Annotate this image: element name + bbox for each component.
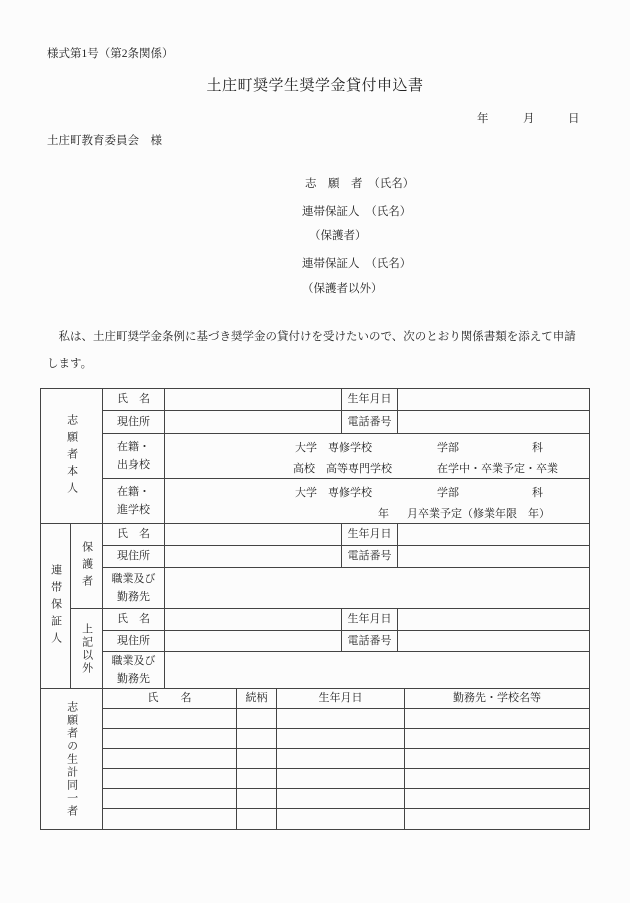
household-row-relation-cell: [237, 789, 277, 809]
next-school-label: 在籍・ 進学校: [103, 479, 165, 524]
parent-name-label: 氏 名: [103, 524, 165, 546]
application-statement: 私は、土庄町奨学金条例に基づき奨学金の貸付けを受けたいので、次のとおり関係書類を…: [47, 324, 582, 378]
signature-guarantor1: 連帯保証人 （氏名）: [302, 205, 411, 220]
household-row-relation-cell: [237, 729, 277, 749]
next-school-types-top: 大学 専修学校: [295, 484, 372, 500]
household-row-relation-cell: [237, 749, 277, 769]
household-row-work-cell: [405, 769, 590, 789]
other-phone-value-cell: [398, 631, 590, 652]
other-name-label: 氏 名: [103, 609, 165, 631]
household-row-birth-cell: [277, 729, 405, 749]
current-school-faculty: 学部: [437, 439, 459, 455]
household-row-work-cell: [405, 809, 590, 830]
household-header-birth: 生年月日: [277, 689, 405, 709]
current-school-department: 科: [532, 439, 543, 455]
form-title: 土庄町奨学生奨学金貸付申込書: [0, 74, 630, 95]
applicant-phone-value-cell: [398, 411, 590, 434]
subgroup-label-other: 上記以外: [71, 609, 103, 689]
household-row-work-cell: [405, 709, 590, 729]
household-row-name-cell: [103, 709, 237, 729]
next-school-year: 年: [378, 505, 389, 521]
applicant-address-value-cell: [165, 411, 342, 434]
other-address-label: 現住所: [103, 631, 165, 652]
next-school-graduation: 月卒業予定（修業年限 年）: [407, 505, 550, 521]
current-school-cell: 大学 専修学校 学部 科 高校 高等専門学校 在学中・卒業予定・卒業: [165, 434, 590, 479]
other-phone-label: 電話番号: [342, 631, 398, 652]
application-table: 志願者本人 氏 名 生年月日 現住所 電話番号 在籍・ 出身校 大学 専修学校 …: [40, 388, 590, 830]
household-row-work-cell: [405, 789, 590, 809]
parent-address-value-cell: [165, 546, 342, 568]
household-row-birth-cell: [277, 809, 405, 830]
current-school-status: 在学中・卒業予定・卒業: [437, 460, 558, 476]
parent-birth-value-cell: [398, 524, 590, 546]
parent-birth-label: 生年月日: [342, 524, 398, 546]
group-label-applicant: 志願者本人: [41, 389, 103, 524]
household-row-birth-cell: [277, 709, 405, 729]
household-row-relation-cell: [237, 809, 277, 830]
signature-guarantor1-note: （保護者）: [309, 229, 367, 244]
other-birth-label: 生年月日: [342, 609, 398, 631]
household-header-work: 勤務先・学校名等: [405, 689, 590, 709]
next-school-cell: 大学 専修学校 学部 科 年 月卒業予定（修業年限 年）: [165, 479, 590, 524]
subgroup-label-parent: 保護者: [71, 524, 103, 609]
other-name-value-cell: [165, 609, 342, 631]
parent-name-value-cell: [165, 524, 342, 546]
household-row-work-cell: [405, 729, 590, 749]
next-school-faculty: 学部: [437, 484, 459, 500]
date-year-label: 年: [477, 112, 489, 127]
household-row-relation-cell: [237, 769, 277, 789]
applicant-name-label: 氏 名: [103, 389, 165, 411]
parent-phone-value-cell: [398, 546, 590, 568]
applicant-birth-label: 生年月日: [342, 389, 398, 411]
parent-job-label: 職業及び 勤務先: [103, 568, 165, 609]
household-header-name: 氏 名: [103, 689, 237, 709]
date-month-label: 月: [523, 112, 535, 127]
household-row-work-cell: [405, 749, 590, 769]
current-school-types-top: 大学 専修学校: [295, 439, 372, 455]
addressee: 土庄町教育委員会 様: [47, 134, 162, 149]
next-school-department: 科: [532, 484, 543, 500]
signature-guarantor2: 連帯保証人 （氏名）: [302, 257, 411, 272]
current-school-label: 在籍・ 出身校: [103, 434, 165, 479]
parent-job-value-cell: [165, 568, 590, 609]
household-row-name-cell: [103, 729, 237, 749]
other-birth-value-cell: [398, 609, 590, 631]
household-row-name-cell: [103, 769, 237, 789]
current-school-types-bottom: 高校 高等専門学校: [293, 460, 392, 476]
applicant-phone-label: 電話番号: [342, 411, 398, 434]
household-row-name-cell: [103, 809, 237, 830]
group-label-guarantor: 連帯保証人: [41, 524, 71, 689]
signature-guarantor2-note: （保護者以外）: [302, 282, 383, 297]
household-row-birth-cell: [277, 749, 405, 769]
parent-address-label: 現住所: [103, 546, 165, 568]
other-job-label: 職業及び 勤務先: [103, 652, 165, 689]
form-number: 様式第1号（第2条関係）: [47, 47, 174, 62]
date-day-label: 日: [568, 112, 580, 127]
household-row-relation-cell: [237, 709, 277, 729]
applicant-name-value-cell: [165, 389, 342, 411]
household-row-name-cell: [103, 789, 237, 809]
household-header-relation: 続柄: [237, 689, 277, 709]
other-job-value-cell: [165, 652, 590, 689]
household-row-birth-cell: [277, 789, 405, 809]
household-row-birth-cell: [277, 769, 405, 789]
applicant-birth-value-cell: [398, 389, 590, 411]
group-label-household: 志願者の生計同一者: [41, 689, 103, 830]
application-form-page: 様式第1号（第2条関係） 土庄町奨学生奨学金貸付申込書 年 月 日 土庄町教育委…: [0, 0, 630, 903]
household-row-name-cell: [103, 749, 237, 769]
parent-phone-label: 電話番号: [342, 546, 398, 568]
signature-applicant: 志 願 者 （氏名）: [305, 177, 414, 192]
other-address-value-cell: [165, 631, 342, 652]
applicant-address-label: 現住所: [103, 411, 165, 434]
